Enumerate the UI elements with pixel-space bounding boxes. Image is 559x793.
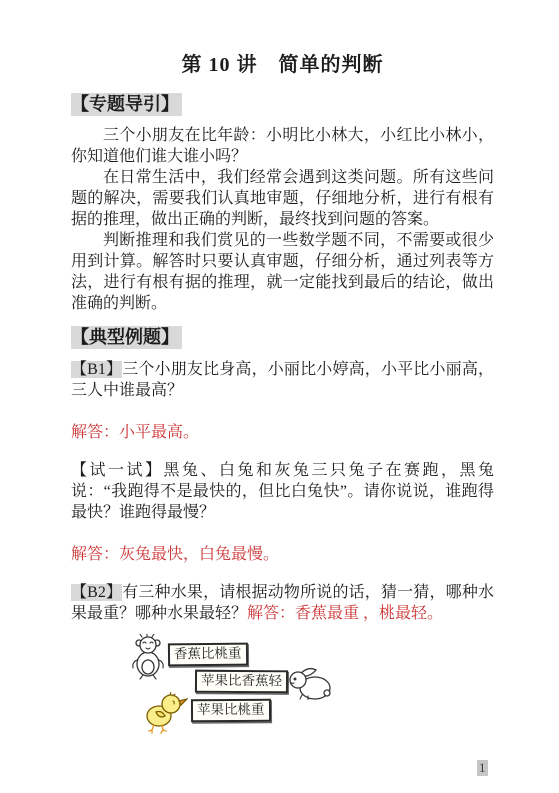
examples-heading-text: 【典型例题】 xyxy=(71,326,182,349)
page-content: 第 10 讲 简单的判断 【专题导引】 三个小朋友在比年龄：小明比小林大，小红比… xyxy=(71,48,494,764)
chick-icon xyxy=(144,692,188,734)
example-b1-tag: 【B1】 xyxy=(71,361,122,378)
intro-paragraph-1: 三个小朋友在比年龄：小明比小林大，小红比小林小，你知道他们谁大谁小吗？ xyxy=(71,125,494,167)
example-b1: 【B1】三个小朋友比身高，小丽比小婷高，小平比小丽高，三人中谁最高？ xyxy=(71,359,494,401)
intro-heading-text: 【专题导引】 xyxy=(71,93,182,116)
example-b1-answer: 解答：小平最高。 xyxy=(71,422,494,443)
example-b2-answer: 解答：香蕉最重 ，桃最轻。 xyxy=(247,605,443,622)
example-try: 【试一试】黑兔、白兔和灰兔三只兔子在赛跑，黑兔说：“我跑得不是最快的，但比白兔快… xyxy=(71,460,494,523)
example-try-tag: 【试一试】 xyxy=(71,462,164,479)
monkey-icon xyxy=(129,634,167,680)
document-page: 第 10 讲 简单的判断 【专题导引】 三个小朋友在比年龄：小明比小林大，小红比… xyxy=(0,0,559,793)
monkey-speech-box: 香蕉比桃重 xyxy=(168,642,248,665)
intro-paragraph-3: 判断推理和我们赏见的一些数学题不同，不需要或很少用到计算。解答时只要认真审题，仔… xyxy=(71,230,494,314)
rabbit-speech-box: 苹果比香蕉轻 xyxy=(195,669,288,692)
example-try-answer: 解答：灰兔最快，白兔最慢。 xyxy=(71,544,494,565)
example-b1-question: 三个小朋友比身高，小丽比小婷高，小平比小丽高，三人中谁最高？ xyxy=(71,361,494,399)
examples-section-heading: 【典型例题】 xyxy=(71,326,494,349)
example-b2-tag: 【B2】 xyxy=(71,584,122,601)
animals-figure: 香蕉比桃重 苹果比香蕉轻 xyxy=(71,632,494,764)
intro-paragraph-2: 在日常生活中，我们经常会遇到这类问题。所有这些问题的解决，需要我们认真地审题，仔… xyxy=(71,167,494,230)
chick-speech-box: 苹果比桃重 xyxy=(191,699,271,722)
page-number: 1 xyxy=(477,760,488,776)
intro-section-heading: 【专题导引】 xyxy=(71,93,494,116)
example-b2: 【B2】有三种水果，请根据动物所说的话，猜一猜，哪种水果最重？哪种水果最轻？解答… xyxy=(71,582,494,624)
page-title: 第 10 讲 简单的判断 xyxy=(71,48,494,77)
rabbit-icon xyxy=(287,666,333,700)
